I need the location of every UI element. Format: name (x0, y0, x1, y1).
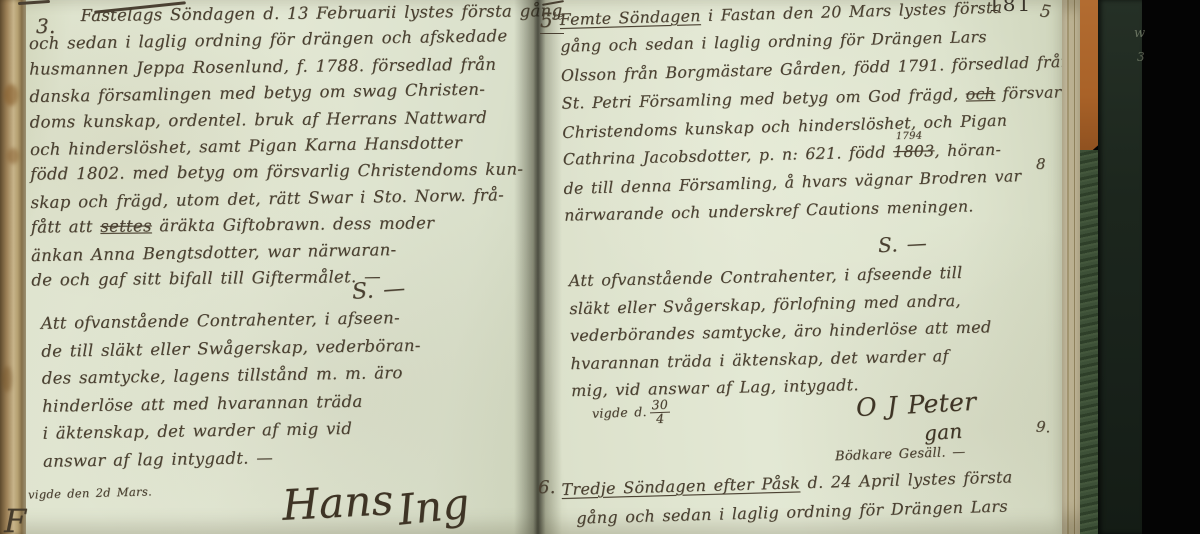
entry-5-certification: Att ofvanstående Contrahenter, i afseend… (569, 261, 1064, 409)
paper-stain (4, 84, 18, 106)
clerk-initial: S. — (351, 276, 406, 305)
binding-edge (0, 0, 26, 534)
paper-stain (7, 148, 19, 164)
officiant-signature-flourish: Ing (396, 478, 472, 534)
record-text: , höran- (934, 140, 1001, 161)
wedding-date-note: vigde d.304 (592, 399, 671, 428)
underlined-heading: Femte Söndagen (559, 6, 700, 29)
book-cover-leather (1098, 0, 1142, 534)
struck-word: settes (100, 216, 152, 236)
entry-3-certification: Att ofvanstående Contrahenter, i afseen-… (41, 306, 524, 479)
entry-5-record: Femte Söndagen i Fastan den 20 Mars lyst… (560, 0, 1065, 234)
wedding-date-fraction: 304 (649, 399, 670, 426)
record-text: fått att (31, 217, 101, 237)
paper-stain (2, 366, 12, 392)
partial-next-entry: F (4, 502, 27, 534)
correction-overwrite: 1794 (896, 130, 923, 142)
cover-green-edge (1080, 150, 1098, 534)
record-text: i Fastan den 20 Mars lystes första (700, 0, 1002, 25)
clerk-initial: S. — (877, 231, 927, 258)
cover-scribble-upper: w (1134, 26, 1145, 41)
struck-word: och (966, 83, 996, 103)
entry-6-number: 6. (538, 477, 556, 498)
edge-scribble-lower: 9. (1035, 418, 1051, 437)
wedding-note-text: vigde d. (592, 404, 647, 421)
officiant-signature: Hans (281, 475, 395, 530)
edge-scribble-middle: 8 (1036, 155, 1046, 173)
struck-year: 1803 (893, 141, 935, 161)
book-gutter (514, 0, 562, 534)
page-edge-stack (1062, 0, 1080, 534)
corrected-year: 18031794 (893, 141, 935, 161)
groom-signature-continued: gan (923, 419, 963, 446)
entry-3-record: Fastelags Söndagen d. 13 Februarii lyste… (28, 1, 527, 296)
register-scan: 3. Fastelags Söndagen d. 13 Februarii ly… (0, 0, 1200, 534)
cover-orange-patch (1080, 0, 1098, 158)
fraction-denominator: 4 (656, 410, 665, 425)
entry-5-digit: 5 (540, 8, 553, 32)
cover-scribble-lower: 3 (1137, 50, 1145, 64)
